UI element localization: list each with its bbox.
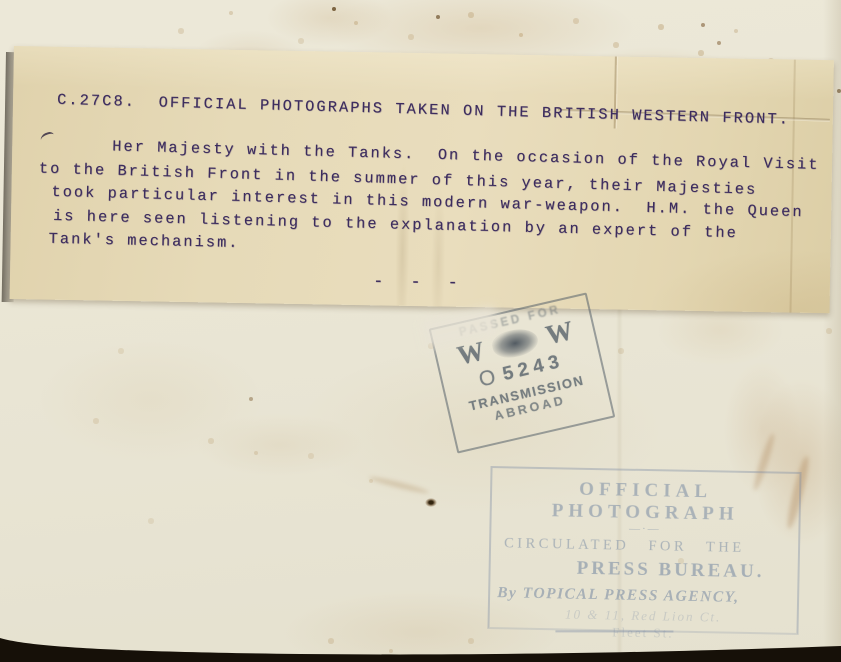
ink-spot [425, 498, 437, 507]
caption-label: C.27C8. OFFICIAL PHOTOGRAPHS TAKEN ON TH… [10, 46, 834, 313]
w-right-letter: W [543, 314, 576, 350]
press-bureau-line: PRESS BUREAU. [490, 556, 797, 584]
circle-o-mark: O [477, 365, 498, 392]
official-photograph-line: OFFICIAL PHOTOGRAPH [492, 477, 800, 527]
stain-streak [368, 475, 430, 496]
agency-line: By TOPICAL PRESS AGENCY, [490, 584, 797, 608]
caption-body: Her Majesty with the Tanks. On the occas… [37, 133, 819, 264]
caption-separator: - - - [10, 268, 830, 296]
press-bureau-stamp: OFFICIAL PHOTOGRAPH —·— CIRCULATED FOR T… [487, 466, 801, 635]
photo-back-scan: C.27C8. OFFICIAL PHOTOGRAPHS TAKEN ON TH… [0, 0, 841, 662]
transmission-stamp: PASSED FOR W W O 5243 TRANSMISSION ABROA… [429, 292, 616, 453]
circulated-line: CIRCULATED FOR THE [491, 535, 798, 558]
scan-bottom-edge-shape [0, 638, 841, 662]
caption-header: C.27C8. OFFICIAL PHOTOGRAPHS TAKEN ON TH… [57, 91, 790, 129]
foxing-spots [0, 0, 2, 2]
scan-bottom-edge [0, 628, 841, 662]
